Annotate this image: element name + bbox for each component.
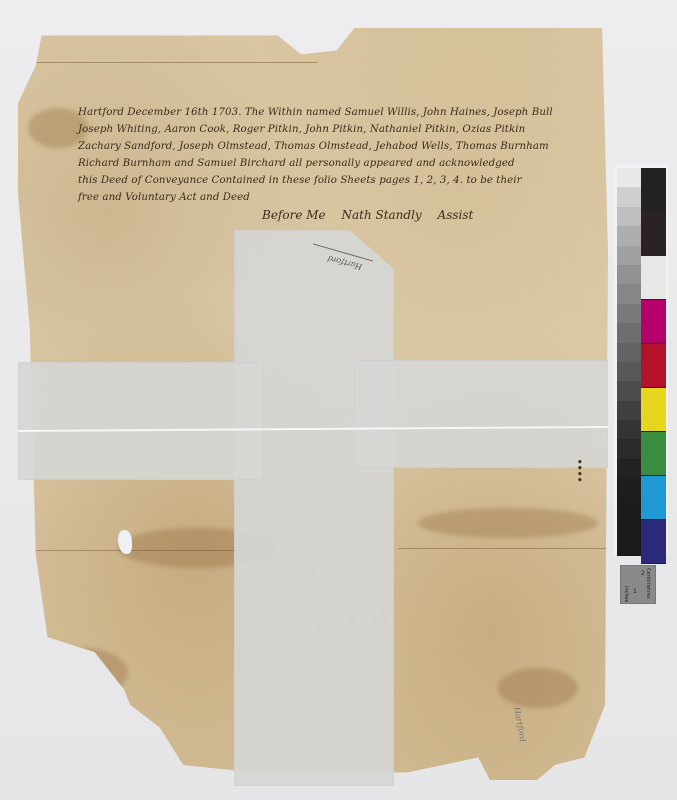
gray-patch bbox=[617, 207, 641, 226]
text-line: Richard Burnham and Samuel Birchard all … bbox=[78, 155, 598, 172]
color-patch-black bbox=[641, 168, 666, 212]
gray-patch bbox=[617, 265, 641, 284]
gray-patch bbox=[617, 517, 641, 536]
gray-patch bbox=[617, 187, 641, 206]
gray-patch bbox=[617, 459, 641, 478]
color-patch-green bbox=[641, 432, 666, 476]
fold-crease bbox=[18, 62, 318, 63]
gray-patch bbox=[617, 246, 641, 265]
color-patch-magenta bbox=[641, 300, 666, 344]
text-line: Zachary Sandford, Joseph Olmstead, Thoma… bbox=[78, 138, 598, 155]
stain bbox=[498, 668, 578, 708]
gray-patch bbox=[617, 439, 641, 458]
gray-patch bbox=[617, 168, 641, 187]
grayscale-strip bbox=[617, 168, 641, 556]
stain bbox=[418, 508, 598, 538]
gray-patch bbox=[617, 362, 641, 381]
tissue-repair-right bbox=[354, 360, 608, 468]
color-patch-red bbox=[641, 344, 666, 388]
text-line: Joseph Whiting, Aaron Cook, Roger Pitkin… bbox=[78, 121, 598, 138]
text-line: this Deed of Conveyance Contained in the… bbox=[78, 172, 598, 189]
color-checker-target bbox=[614, 165, 668, 555]
image-canvas: Hartford December 16th 1703. The Within … bbox=[0, 0, 677, 800]
text-line: free and Voluntary Act and Deed bbox=[78, 189, 598, 206]
gray-patch bbox=[617, 226, 641, 245]
before-me-text: Before Me bbox=[262, 208, 326, 222]
color-patch-dark-purple bbox=[641, 212, 666, 256]
text-line: Hartford December 16th 1703. The Within … bbox=[78, 104, 598, 121]
signature-line: Before Me Nath Standly Assist bbox=[262, 208, 485, 222]
gray-patch bbox=[617, 498, 641, 517]
signature-title: Assist bbox=[438, 208, 474, 222]
color-patch-yellow bbox=[641, 388, 666, 432]
tissue-repair-left bbox=[18, 362, 264, 480]
margin-mark: •••• bbox=[577, 460, 583, 484]
gray-patch bbox=[617, 323, 641, 342]
stain bbox=[38, 648, 128, 698]
gray-patch bbox=[617, 478, 641, 497]
color-patch-strip bbox=[641, 168, 666, 564]
fold-crease bbox=[398, 548, 608, 549]
gray-patch bbox=[617, 401, 641, 420]
gray-patch bbox=[617, 536, 641, 555]
color-patch-blue bbox=[641, 520, 666, 564]
handwritten-text: Hartford December 16th 1703. The Within … bbox=[78, 104, 598, 206]
gray-patch bbox=[617, 343, 641, 362]
tissue-repair-vertical bbox=[234, 230, 394, 786]
ruler-mark: 1 bbox=[633, 588, 637, 595]
color-patch-cyan bbox=[641, 476, 666, 520]
gray-patch bbox=[617, 381, 641, 400]
gray-patch bbox=[617, 284, 641, 303]
scale-ruler: 2 1 Inches Centimetres bbox=[620, 565, 656, 604]
ruler-label-inches: Inches bbox=[623, 586, 629, 602]
gray-patch bbox=[617, 420, 641, 439]
signature-name: Nath Standly bbox=[341, 208, 421, 222]
color-patch-white bbox=[641, 256, 666, 300]
ruler-label-cm: Centimetres bbox=[645, 568, 651, 599]
paper-hole bbox=[118, 530, 132, 554]
gray-patch bbox=[617, 304, 641, 323]
